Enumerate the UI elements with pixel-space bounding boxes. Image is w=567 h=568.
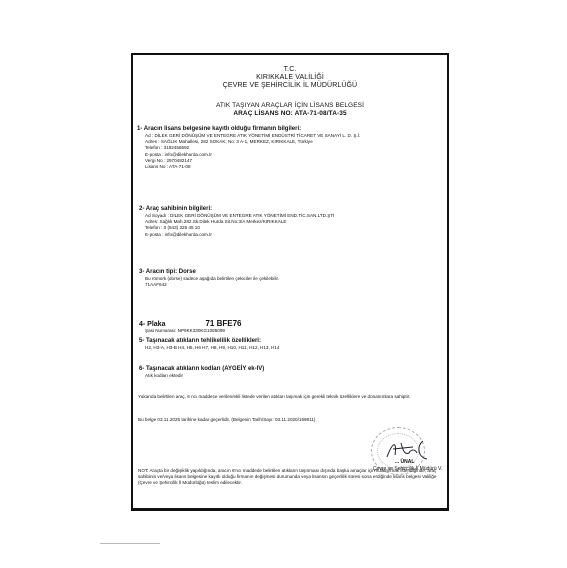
waste-codes-value: Atık kodları ektedir — [145, 373, 441, 379]
license-number: ARAÇ LİSANS NO: ATA-71-08/TA-35 — [133, 110, 447, 118]
section-title: 6- Taşınacak atıkların kodları (AYGEİY e… — [139, 365, 441, 373]
tractor-plate: 71AAF642 — [145, 282, 441, 288]
header-governorship: KIRIKKALE VALİLİĞİ — [133, 74, 447, 82]
firm-license-no: Lisans No : ATA-71-08 — [145, 164, 441, 170]
section-title: 3- Aracın tipi: Dorse — [139, 268, 441, 276]
divider — [100, 543, 160, 544]
note-paragraph: NOT: Araçta bir değişiklik yapıldığında,… — [138, 468, 439, 485]
section-title: 1- Aracın lisans belgesine kayıtlı olduğ… — [137, 125, 441, 133]
section-waste-codes: 6- Taşınacak atıkların kodları (AYGEİY e… — [139, 365, 441, 379]
document-title: ATIK TAŞIYAN ARAÇLAR İÇİN LİSANS BELGESİ — [133, 102, 447, 110]
section-title: 2- Araç sahibinin bilgileri: — [139, 205, 441, 213]
section-vehicle-type: 3- Aracın tipi: Dorse Bu römork (dorse) … — [139, 268, 441, 288]
section-firm-info: 1- Aracın lisans belgesine kayıtlı olduğ… — [139, 125, 441, 170]
validity-paragraph: Bu belge 03.11.2025 tarihine kadar geçer… — [138, 417, 439, 423]
section-owner-info: 2- Araç sahibinin bilgileri: Ad Soyadı :… — [139, 205, 441, 238]
signatory-name: ... ÜNAL — [395, 459, 414, 465]
hazard-codes: H2, H3-A, H3-B H4, H5, H6 H7, H8, H9, H1… — [145, 345, 441, 351]
compliance-paragraph: Yukarıda belirtilen araç, 6 ncı maddece … — [138, 394, 439, 400]
section-plate: 4- Plaka71 BFE76 Şasi Numarası: NP9KK330… — [139, 321, 441, 352]
header-directorate: ÇEVRE VE ŞEHİRCİLİK İL MÜDÜRLÜĞÜ — [133, 82, 447, 90]
plate-label: 4- Plaka — [139, 321, 165, 328]
license-document: T.C. KIRIKKALE VALİLİĞİ ÇEVRE VE ŞEHİRCİ… — [131, 53, 449, 511]
owner-email: E-posta : info@dilekhurda.com.tr — [145, 232, 441, 238]
chassis-number: Şasi Numarası: NP9KK330KG1085099 — [145, 328, 441, 334]
hazard-title: 5- Taşınacak atıkların tehlikelilik özel… — [139, 337, 441, 345]
plate-value: 71 BFE76 — [205, 319, 241, 328]
header-tc: T.C. — [133, 66, 447, 74]
